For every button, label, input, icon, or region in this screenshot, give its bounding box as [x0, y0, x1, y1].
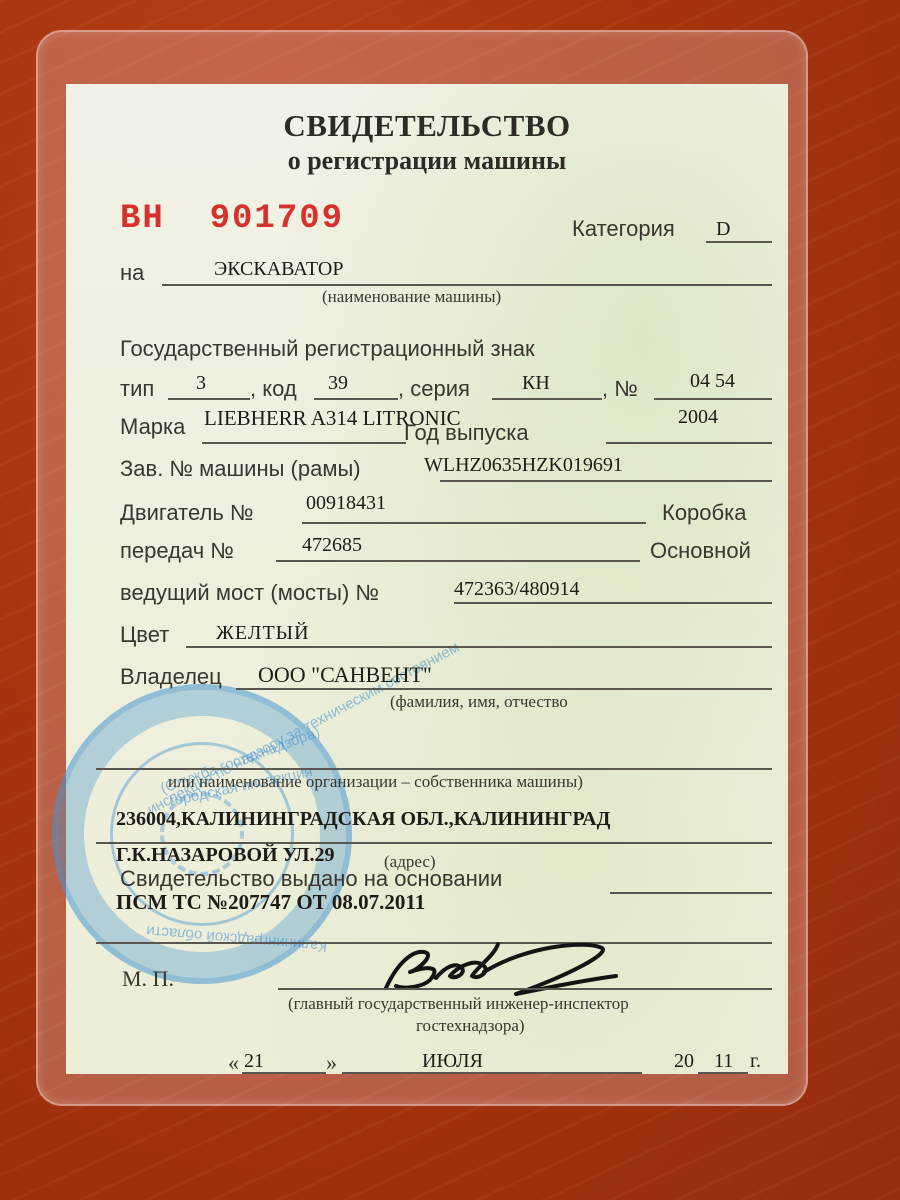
gearbox-label-1: Коробка	[662, 500, 746, 526]
serial-digits: 901709	[210, 200, 344, 238]
gearbox-value: 472685	[302, 534, 362, 557]
category-value: D	[716, 218, 730, 241]
code-label: , код	[250, 376, 297, 402]
number-value: 04 54	[690, 370, 735, 393]
inspector-signature	[366, 936, 626, 996]
date-close-quote: »	[326, 1050, 337, 1076]
engine-value: 00918431	[306, 492, 386, 515]
date-century: 20	[674, 1050, 694, 1073]
type-value: 3	[196, 372, 206, 395]
brand-label: Марка	[120, 414, 185, 440]
number-label: , №	[602, 376, 638, 402]
date-suffix: г.	[750, 1050, 761, 1073]
frame-value: WLHZ0635HZK019691	[424, 454, 623, 477]
year-value: 2004	[678, 406, 718, 429]
axle-label-1: Основной	[650, 538, 751, 564]
registration-certificate: инспекция по надзору за техническим сост…	[66, 84, 788, 1074]
document-subtitle: о регистрации машины	[66, 146, 788, 176]
axle-value: 472363/480914	[454, 578, 580, 601]
basis-value: ПСМ ТС №207747 ОТ 08.07.2011	[116, 890, 425, 915]
signer-caption-2: гостехнадзора)	[416, 1016, 525, 1036]
owner-caption-1: (фамилия, имя, отчество	[390, 692, 568, 712]
machine-name-caption: (наименование машины)	[322, 287, 501, 307]
axle-label-2: ведущий мост (мосты) №	[120, 580, 379, 606]
code-value: 39	[328, 372, 348, 395]
date-open-quote: «	[228, 1050, 239, 1076]
official-stamp: инспекция по надзору за техническим сост…	[52, 684, 352, 984]
engine-label: Двигатель №	[120, 500, 254, 526]
series-label: , серия	[398, 376, 470, 402]
series-value: КН	[522, 372, 550, 395]
signer-caption-1: (главный государственный инженер-инспект…	[288, 994, 629, 1014]
address-line-2: Г.К.НАЗАРОВОЙ УЛ.29	[116, 844, 335, 867]
on-label: на	[120, 260, 144, 286]
owner-label: Владелец	[120, 664, 222, 690]
owner-caption-2: или наименование организации – собственн…	[168, 772, 583, 792]
date-year: 11	[714, 1050, 733, 1073]
category-label: Категория	[572, 216, 675, 242]
document-title: СВИДЕТЕЛЬСТВО	[66, 108, 788, 144]
color-value: ЖЕЛТЫЙ	[216, 622, 310, 645]
address-line-1: 236004,КАЛИНИНГРАДСКАЯ ОБЛ.,КАЛИНИНГРАД	[116, 808, 610, 831]
reg-sign-heading: Государственный регистрационный знак	[120, 336, 535, 362]
gearbox-label-2: передач №	[120, 538, 234, 564]
basis-label: Свидетельство выдано на основании	[120, 866, 502, 892]
machine-name: ЭКСКАВАТОР	[214, 258, 343, 281]
owner-value: ООО "САНВЕНТ"	[258, 662, 432, 688]
type-label: тип	[120, 376, 154, 402]
frame-label: Зав. № машины (рамы)	[120, 456, 361, 482]
serial-series: ВН	[120, 200, 165, 238]
year-label: Год выпуска	[404, 420, 529, 446]
color-label: Цвет	[120, 622, 169, 648]
seal-label: М. П.	[122, 966, 174, 992]
serial-number: ВН 901709	[120, 200, 344, 238]
date-day: 21	[244, 1050, 264, 1073]
stamp-text-bottom: Калининградской области	[146, 922, 328, 955]
date-month: ИЮЛЯ	[422, 1050, 483, 1073]
